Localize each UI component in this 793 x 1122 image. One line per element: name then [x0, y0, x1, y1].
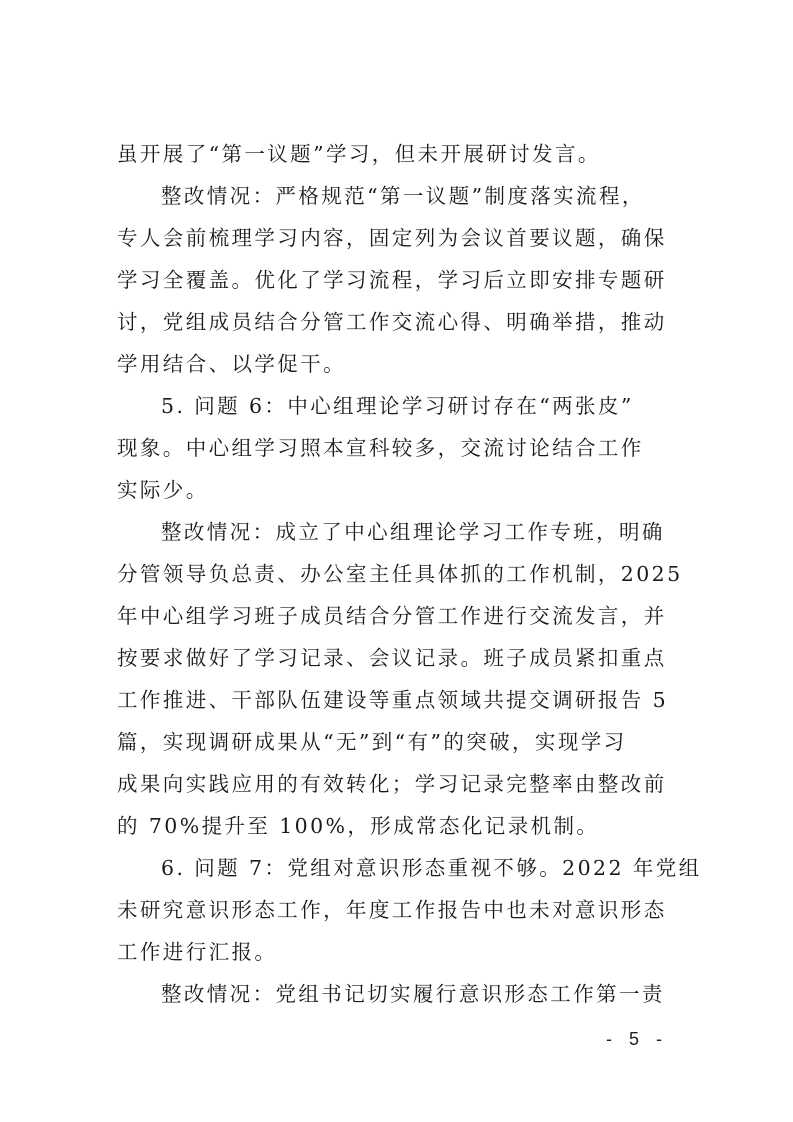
text-line: 按要求做好了学习记录、会议记录。班子成员紧扣重点	[117, 637, 670, 679]
text-line: 工作推进、干部队伍建设等重点领域共提交调研报告 5	[117, 679, 670, 721]
paragraph-start-issue-7: 6. 问题 7：党组对意识形态重视不够。2022 年党组	[117, 847, 670, 889]
text-line: 讨，党组成员结合分管工作交流心得、明确举措，推动	[117, 301, 670, 343]
text-line: 学用结合、以学促干。	[117, 343, 670, 385]
paragraph-start-rectification: 整改情况：党组书记切实履行意识形态工作第一责	[117, 973, 670, 1015]
text-line: 现象。中心组学习照本宣科较多，交流讨论结合工作	[117, 427, 670, 469]
document-body: 虽开展了“第一议题”学习，但未开展研讨发言。 整改情况：严格规范“第一议题”制度…	[117, 133, 670, 1015]
text-line: 工作进行汇报。	[117, 931, 670, 973]
text-line: 虽开展了“第一议题”学习，但未开展研讨发言。	[117, 133, 670, 175]
paragraph-start-issue-6: 5. 问题 6：中心组理论学习研讨存在“两张皮”	[117, 385, 670, 427]
text-line: 的 70%提升至 100%，形成常态化记录机制。	[117, 805, 670, 847]
page-number: - 5 -	[606, 1029, 668, 1050]
text-line: 实际少。	[117, 469, 670, 511]
text-line: 未研究意识形态工作，年度工作报告中也未对意识形态	[117, 889, 670, 931]
text-line: 篇，实现调研成果从“无”到“有”的突破，实现学习	[117, 721, 670, 763]
text-line: 专人会前梳理学习内容，固定列为会议首要议题，确保	[117, 217, 670, 259]
text-line: 成果向实践应用的有效转化；学习记录完整率由整改前	[117, 763, 670, 805]
paragraph-start-rectification: 整改情况：成立了中心组理论学习工作专班，明确	[117, 511, 670, 553]
paragraph-start-rectification: 整改情况：严格规范“第一议题”制度落实流程，	[117, 175, 670, 217]
text-line: 分管领导负总责、办公室主任具体抓的工作机制，2025	[117, 553, 670, 595]
text-line: 学习全覆盖。优化了学习流程，学习后立即安排专题研	[117, 259, 670, 301]
text-line: 年中心组学习班子成员结合分管工作进行交流发言，并	[117, 595, 670, 637]
